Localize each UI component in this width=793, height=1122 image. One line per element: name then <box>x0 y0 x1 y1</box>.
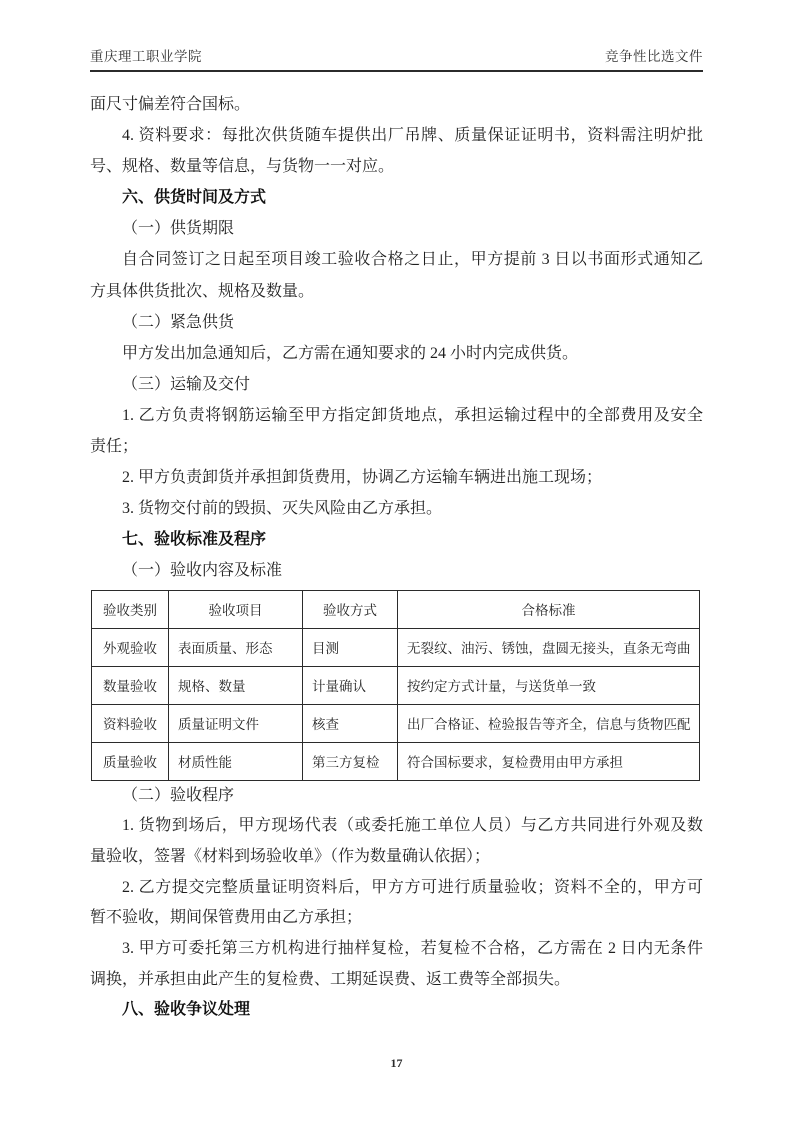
table-row: 资料验收质量证明文件核查出厂合格证、检验报告等齐全，信息与货物匹配 <box>92 704 700 742</box>
page-number: 17 <box>391 1056 403 1070</box>
text-line: （三）运输及交付 <box>90 369 703 400</box>
table-header-cell: 合格标准 <box>398 590 700 628</box>
table-cell: 数量验收 <box>92 666 169 704</box>
table-cell: 质量验收 <box>92 742 169 780</box>
text-line: （二）验收程序 <box>90 781 703 812</box>
text-line: 2. 甲方负责卸货并承担卸货费用，协调乙方运输车辆进出施工现场； <box>90 462 703 493</box>
header-right-text: 竞争性比选文件 <box>605 45 703 65</box>
text-line: 量验收，签署《材料到场验收单》（作为数量确认依据）； <box>90 842 703 873</box>
table-cell: 质量证明文件 <box>169 704 303 742</box>
text-line: 自合同签订之日起至项目竣工验收合格之日止，甲方提前 3 日以书面形式通知乙 <box>90 244 703 275</box>
table-cell: 第三方复检 <box>303 742 398 780</box>
text-line: 1. 货物到场后，甲方现场代表（或委托施工单位人员）与乙方共同进行外观及数 <box>90 811 703 842</box>
text-line: 面尺寸偏差符合国标。 <box>90 89 703 120</box>
table-cell: 按约定方式计量，与送货单一致 <box>398 666 700 704</box>
text-block-after-table: （二）验收程序1. 货物到场后，甲方现场代表（或委托施工单位人员）与乙方共同进行… <box>90 781 703 1027</box>
text-line: 暂不验收，期间保管费用由乙方承担； <box>90 903 703 934</box>
text-block-before-table: 面尺寸偏差符合国标。4. 资料要求：每批次供货随车提供出厂吊牌、质量保证证明书，… <box>90 89 703 587</box>
text-line: （一）供货期限 <box>90 213 703 244</box>
text-line: 3. 货物交付前的毁损、灭失风险由乙方承担。 <box>90 493 703 524</box>
table-cell: 核查 <box>303 704 398 742</box>
header-left-text: 重庆理工职业学院 <box>90 45 202 65</box>
text-line: 调换，并承担由此产生的复检费、工期延误费、返工费等全部损失。 <box>90 965 703 996</box>
text-line: 2. 乙方提交完整质量证明资料后，甲方方可进行质量验收；资料不全的，甲方可 <box>90 873 703 904</box>
table-header-cell: 验收方式 <box>303 590 398 628</box>
document-body: 面尺寸偏差符合国标。4. 资料要求：每批次供货随车提供出厂吊牌、质量保证证明书，… <box>90 89 703 1026</box>
section-heading: 八、验收争议处理 <box>90 995 703 1026</box>
page-header: 重庆理工职业学院 竞争性比选文件 <box>90 45 703 65</box>
text-line: 1. 乙方负责将钢筋运输至甲方指定卸货地点，承担运输过程中的全部费用及安全 <box>90 400 703 431</box>
section-heading: 七、验收标准及程序 <box>90 524 703 555</box>
table-cell: 目测 <box>303 628 398 666</box>
acceptance-table: 验收类别验收项目验收方式合格标准 外观验收表面质量、形态目测无裂纹、油污、锈蚀，… <box>91 590 700 781</box>
text-line: 号、规格、数量等信息，与货物一一对应。 <box>90 151 703 182</box>
table-cell: 外观验收 <box>92 628 169 666</box>
table-cell: 规格、数量 <box>169 666 303 704</box>
table-cell: 材质性能 <box>169 742 303 780</box>
acceptance-table-head: 验收类别验收项目验收方式合格标准 <box>92 590 700 628</box>
table-row: 数量验收规格、数量计量确认按约定方式计量，与送货单一致 <box>92 666 700 704</box>
text-line: 责任； <box>90 431 703 462</box>
table-cell: 表面质量、形态 <box>169 628 303 666</box>
table-cell: 计量确认 <box>303 666 398 704</box>
section-heading: 六、供货时间及方式 <box>90 182 703 213</box>
text-line: 3. 甲方可委托第三方机构进行抽样复检，若复检不合格，乙方需在 2 日内无条件 <box>90 934 703 965</box>
table-header-cell: 验收类别 <box>92 590 169 628</box>
table-cell: 出厂合格证、检验报告等齐全，信息与货物匹配 <box>398 704 700 742</box>
table-cell: 符合国标要求，复检费用由甲方承担 <box>398 742 700 780</box>
text-line: 方具体供货批次、规格及数量。 <box>90 276 703 307</box>
table-row: 质量验收材质性能第三方复检符合国标要求，复检费用由甲方承担 <box>92 742 700 780</box>
text-line: 4. 资料要求：每批次供货随车提供出厂吊牌、质量保证证明书，资料需注明炉批 <box>90 120 703 151</box>
table-cell: 资料验收 <box>92 704 169 742</box>
table-header-cell: 验收项目 <box>169 590 303 628</box>
table-cell: 无裂纹、油污、锈蚀，盘圆无接头，直条无弯曲 <box>398 628 700 666</box>
text-line: （一）验收内容及标准 <box>90 555 703 586</box>
text-line: （二）紧急供货 <box>90 307 703 338</box>
header-rule <box>90 70 703 72</box>
document-page: 重庆理工职业学院 竞争性比选文件 面尺寸偏差符合国标。4. 资料要求：每批次供货… <box>0 0 793 1122</box>
acceptance-table-body: 外观验收表面质量、形态目测无裂纹、油污、锈蚀，盘圆无接头，直条无弯曲数量验收规格… <box>92 628 700 780</box>
text-line: 甲方发出加急通知后，乙方需在通知要求的 24 小时内完成供货。 <box>90 338 703 369</box>
table-header-row: 验收类别验收项目验收方式合格标准 <box>92 590 700 628</box>
table-row: 外观验收表面质量、形态目测无裂纹、油污、锈蚀，盘圆无接头，直条无弯曲 <box>92 628 700 666</box>
page-footer: 17 <box>0 1056 793 1071</box>
